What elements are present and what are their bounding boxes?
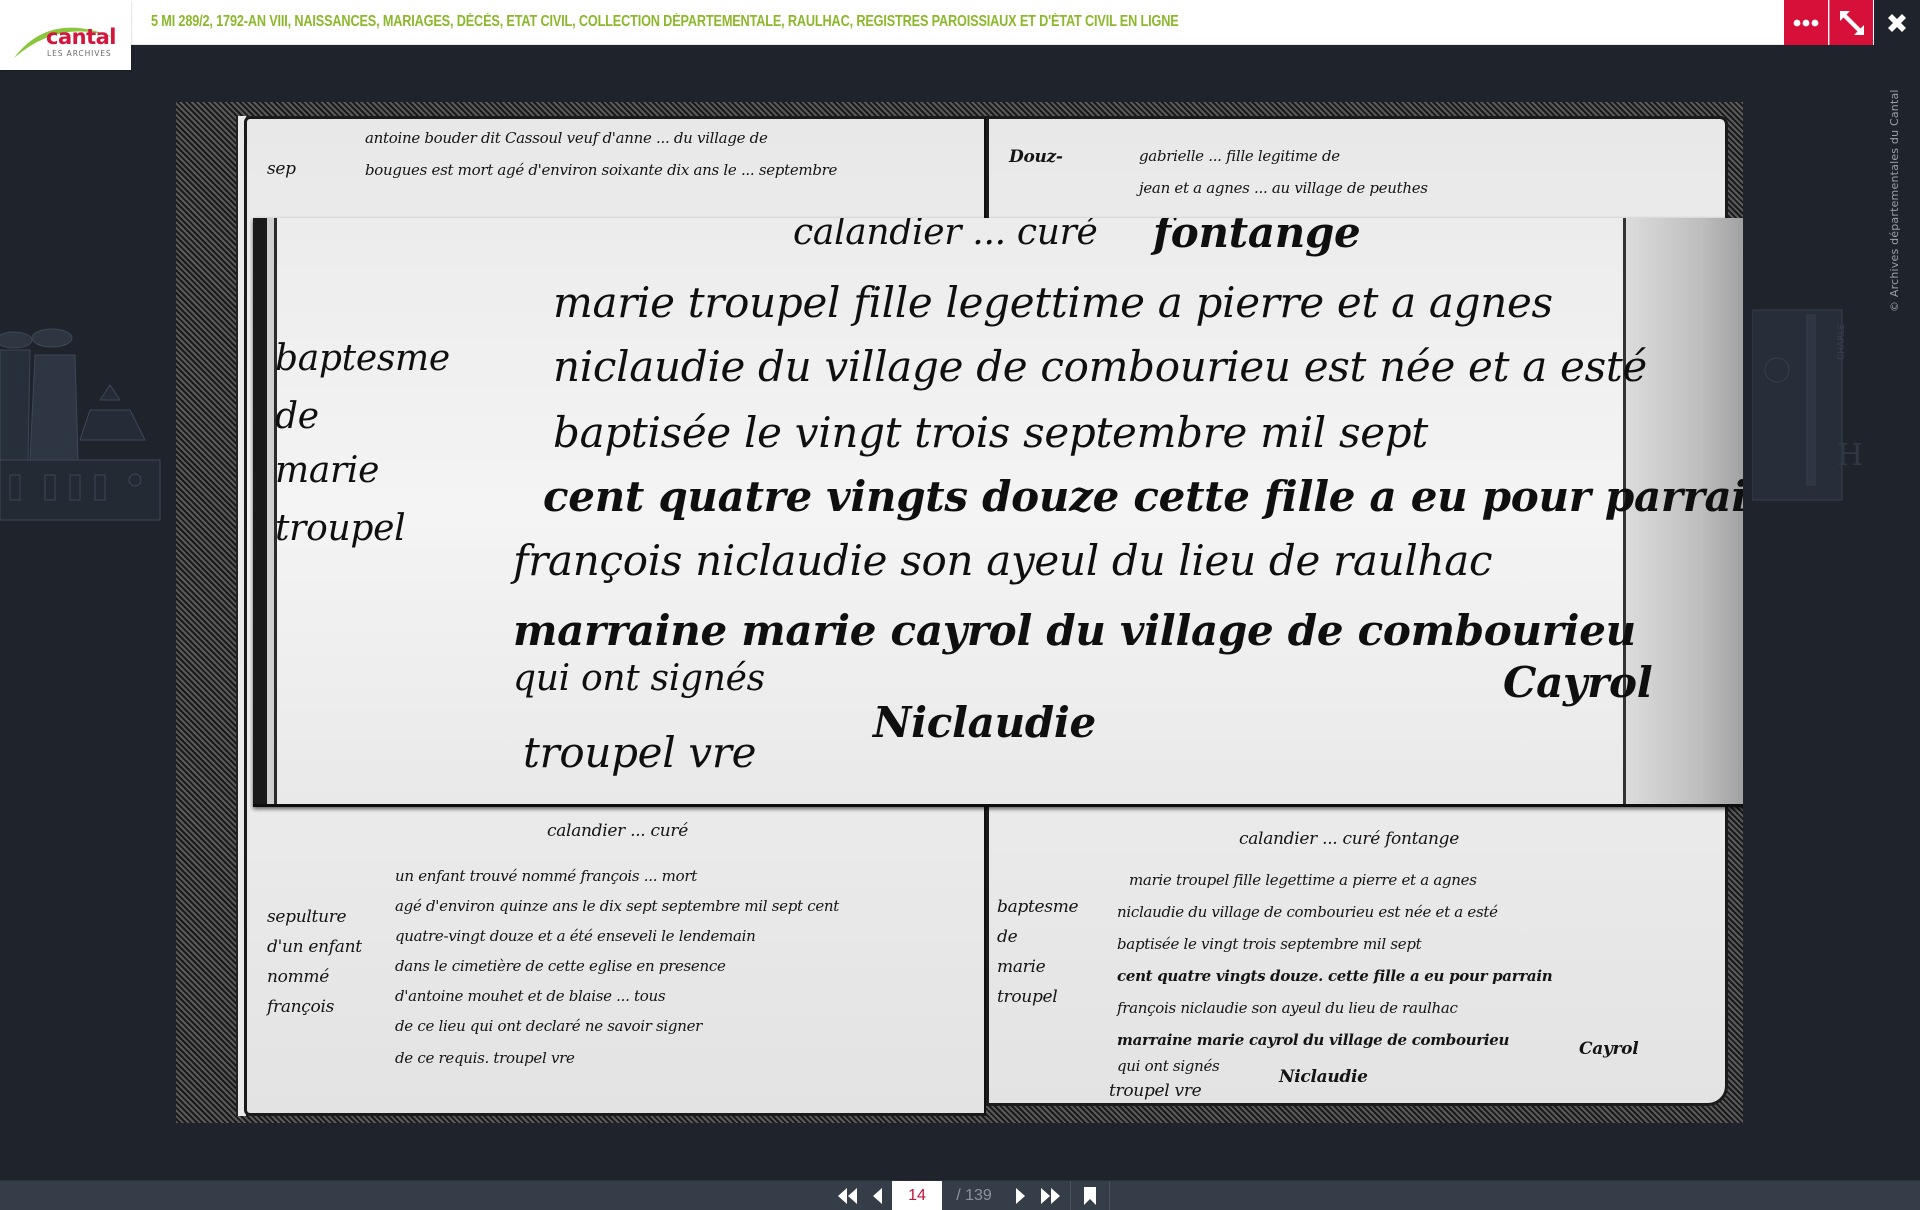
margin-note: troupel — [997, 987, 1057, 1007]
background-decoration-king-icon: CHARLE H — [1752, 300, 1872, 560]
margin-note: baptesme — [275, 338, 450, 379]
margin-note: sep — [267, 159, 296, 179]
background-decoration-figures-icon — [0, 310, 176, 550]
handwriting-line: baptisée le vingt trois septembre mil se… — [1117, 935, 1421, 953]
logo-subtitle: LES ARCHIVES — [47, 50, 112, 58]
margin-note: nommé — [267, 967, 329, 987]
copyright-notice: © Archives départementales du Cantal — [1888, 89, 1901, 312]
more-options-button[interactable] — [1784, 0, 1828, 45]
handwriting-line: qui ont signés — [513, 658, 765, 699]
last-page-icon — [1040, 1187, 1062, 1205]
entry-header: calandier ... curé fontange — [1239, 829, 1459, 849]
close-button[interactable] — [1874, 0, 1920, 45]
margin-note: baptesme — [997, 897, 1078, 917]
margin-note: Douz- — [1009, 147, 1063, 167]
handwriting-line: dans le cimetière de cette eglise en pre… — [395, 957, 726, 975]
pager: / 139 — [832, 1181, 1114, 1210]
handwriting-line: antoine bouder dit Cassoul veuf d'anne .… — [365, 129, 768, 147]
current-page-input[interactable] — [892, 1181, 942, 1210]
margin-note: françois — [267, 997, 334, 1017]
next-page-button[interactable] — [1006, 1181, 1036, 1210]
handwriting-line: bougues est mort agé d'environ soixante … — [365, 161, 837, 179]
archive-viewer: CHARLE H © Archives départementales du C… — [0, 0, 1920, 1210]
handwriting-line: marraine marie cayrol du village de comb… — [513, 606, 1636, 655]
svg-text:H: H — [1837, 438, 1863, 473]
document-title: 5 MI 289/2, 1792-AN VIII, NAISSANCES, MA… — [151, 12, 1479, 32]
handwriting-line: de ce lieu qui ont declaré ne savoir sig… — [395, 1017, 702, 1035]
handwriting-line: de ce requis. troupel vre — [395, 1049, 575, 1067]
handwriting-line: cent quatre vingts douze. cette fille a … — [1117, 967, 1552, 985]
signature: troupel vre — [523, 728, 756, 777]
handwriting-line: françois niclaudie son ayeul du lieu de … — [1117, 999, 1458, 1017]
entry-header: calandier ... curé — [547, 821, 688, 841]
handwriting-line: gabrielle ... fille legitime de — [1139, 147, 1340, 165]
top-header-bar: 5 MI 289/2, 1792-AN VIII, NAISSANCES, MA… — [0, 0, 1920, 45]
signature: Cayrol — [1579, 1039, 1638, 1059]
handwriting-line: agé d'environ quinze ans le dix sept sep… — [395, 897, 839, 915]
last-page-button[interactable] — [1036, 1181, 1066, 1210]
more-dots-icon — [1793, 19, 1819, 27]
margin-note: marie — [997, 957, 1045, 977]
handwriting-line: un enfant trouvé nommé françois ... mort — [395, 867, 697, 885]
separator — [1070, 1181, 1071, 1210]
pagination-bar: / 139 — [0, 1180, 1920, 1210]
svg-text:CHARLE: CHARLE — [1837, 324, 1847, 360]
cantal-archives-logo[interactable]: cantal LES ARCHIVES — [0, 0, 131, 70]
close-x-icon — [1885, 11, 1909, 35]
handwriting-line: françois niclaudie son ayeul du lieu de … — [513, 536, 1492, 585]
separator — [1109, 1181, 1110, 1210]
margin-note: de — [997, 927, 1017, 947]
first-page-button[interactable] — [832, 1181, 862, 1210]
margin-note: sepulture — [267, 907, 346, 927]
first-page-icon — [836, 1187, 858, 1205]
handwriting-line: marraine marie cayrol du village de comb… — [1117, 1031, 1509, 1049]
handwriting-line: qui ont signés — [1117, 1057, 1219, 1075]
previous-page-button[interactable] — [862, 1181, 892, 1210]
handwriting-line: niclaudie du village de combourieu est n… — [553, 342, 1647, 391]
handwriting-line: marie troupel fille legettime a pierre e… — [1129, 871, 1477, 889]
handwriting-line: baptisée le vingt trois septembre mil se… — [553, 408, 1428, 457]
signature: Cayrol — [1503, 658, 1652, 707]
margin-note: d'un enfant — [267, 937, 362, 957]
handwriting-line: d'antoine mouhet et de blaise ... tous — [395, 987, 665, 1005]
entry-header-right: fontange — [1153, 218, 1360, 257]
bookmark-icon — [1083, 1186, 1097, 1206]
handwriting-line: quatre-vingt douze et a été enseveli le … — [395, 927, 755, 945]
magnifier-binding-edge — [253, 218, 267, 804]
signature: Niclaudie — [1279, 1067, 1368, 1087]
handwriting-line: marie troupel fille legettime a pierre e… — [553, 278, 1553, 327]
handwriting-line: jean et a agnes ... au village de peuthe… — [1139, 179, 1428, 197]
entry-header: calandier ... curé — [793, 218, 1098, 253]
signature: troupel vre — [1109, 1081, 1201, 1101]
handwriting-line: niclaudie du village de combourieu est n… — [1117, 903, 1498, 921]
prev-page-icon — [871, 1187, 883, 1205]
expand-arrows-icon — [1838, 9, 1866, 37]
handwriting-line: cent quatre vingts douze cette fille a e… — [543, 472, 1743, 521]
margin-note: troupel — [275, 508, 405, 549]
fullscreen-button[interactable] — [1829, 0, 1873, 45]
next-page-icon — [1015, 1187, 1027, 1205]
logo-wordmark: cantal — [46, 27, 116, 48]
signature: Niclaudie — [873, 698, 1096, 747]
total-pages-label: / 139 — [942, 1187, 1006, 1205]
bookmark-button[interactable] — [1075, 1181, 1105, 1210]
magnifier-overlay[interactable]: calandier ... curé fontange baptesme de … — [253, 218, 1743, 807]
margin-note: marie — [275, 450, 379, 491]
margin-note: de — [275, 396, 319, 437]
document-image-viewer[interactable]: antoine bouder dit Cassoul veuf d'anne .… — [176, 102, 1743, 1123]
